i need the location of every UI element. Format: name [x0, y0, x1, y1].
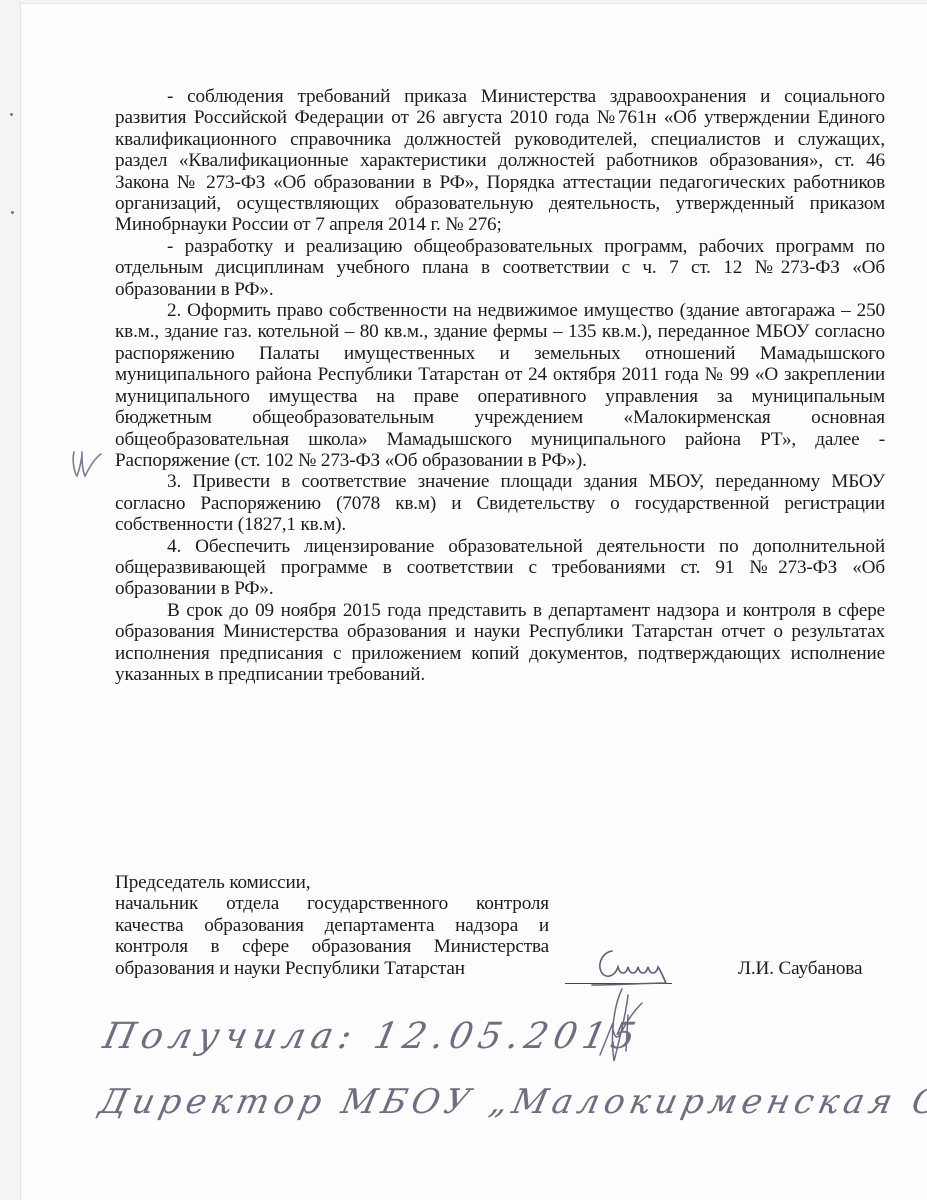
margin-check-mark-icon — [68, 446, 104, 482]
paragraph-report-deadline: В срок до 09 ноября 2015 года представит… — [115, 600, 885, 686]
margin-speck — [11, 211, 14, 214]
signatory-role: Председатель комиссии, — [115, 872, 549, 893]
paragraph-requirements-compliance: - соблюдения требований приказа Министер… — [115, 86, 885, 236]
margin-speck — [10, 113, 13, 116]
paragraph-programs-development: - разработку и реализацию общеобразовате… — [115, 236, 885, 300]
signature-icon — [592, 945, 682, 987]
signatory-position: начальник отдела государственного контро… — [115, 893, 549, 979]
signatory-name: Л.И. Саубанова — [738, 958, 862, 979]
handwritten-received-note: Получила: 12.05.2015 — [100, 1016, 645, 1057]
paragraph-item-4-licensing: 4. Обеспечить лицензирование образовател… — [115, 536, 885, 600]
paragraph-item-3-area-correction: 3. Привести в соответствие значение площ… — [115, 471, 885, 535]
signature-block: Председатель комиссии, начальник отдела … — [115, 872, 549, 979]
paragraph-item-2-property-rights: 2. Оформить право собственности на недви… — [115, 300, 885, 471]
document-body: - соблюдения требований приказа Министер… — [115, 86, 885, 685]
handwritten-director-note: Директор МБОУ „Малокирменская ООШ — [96, 1082, 927, 1122]
